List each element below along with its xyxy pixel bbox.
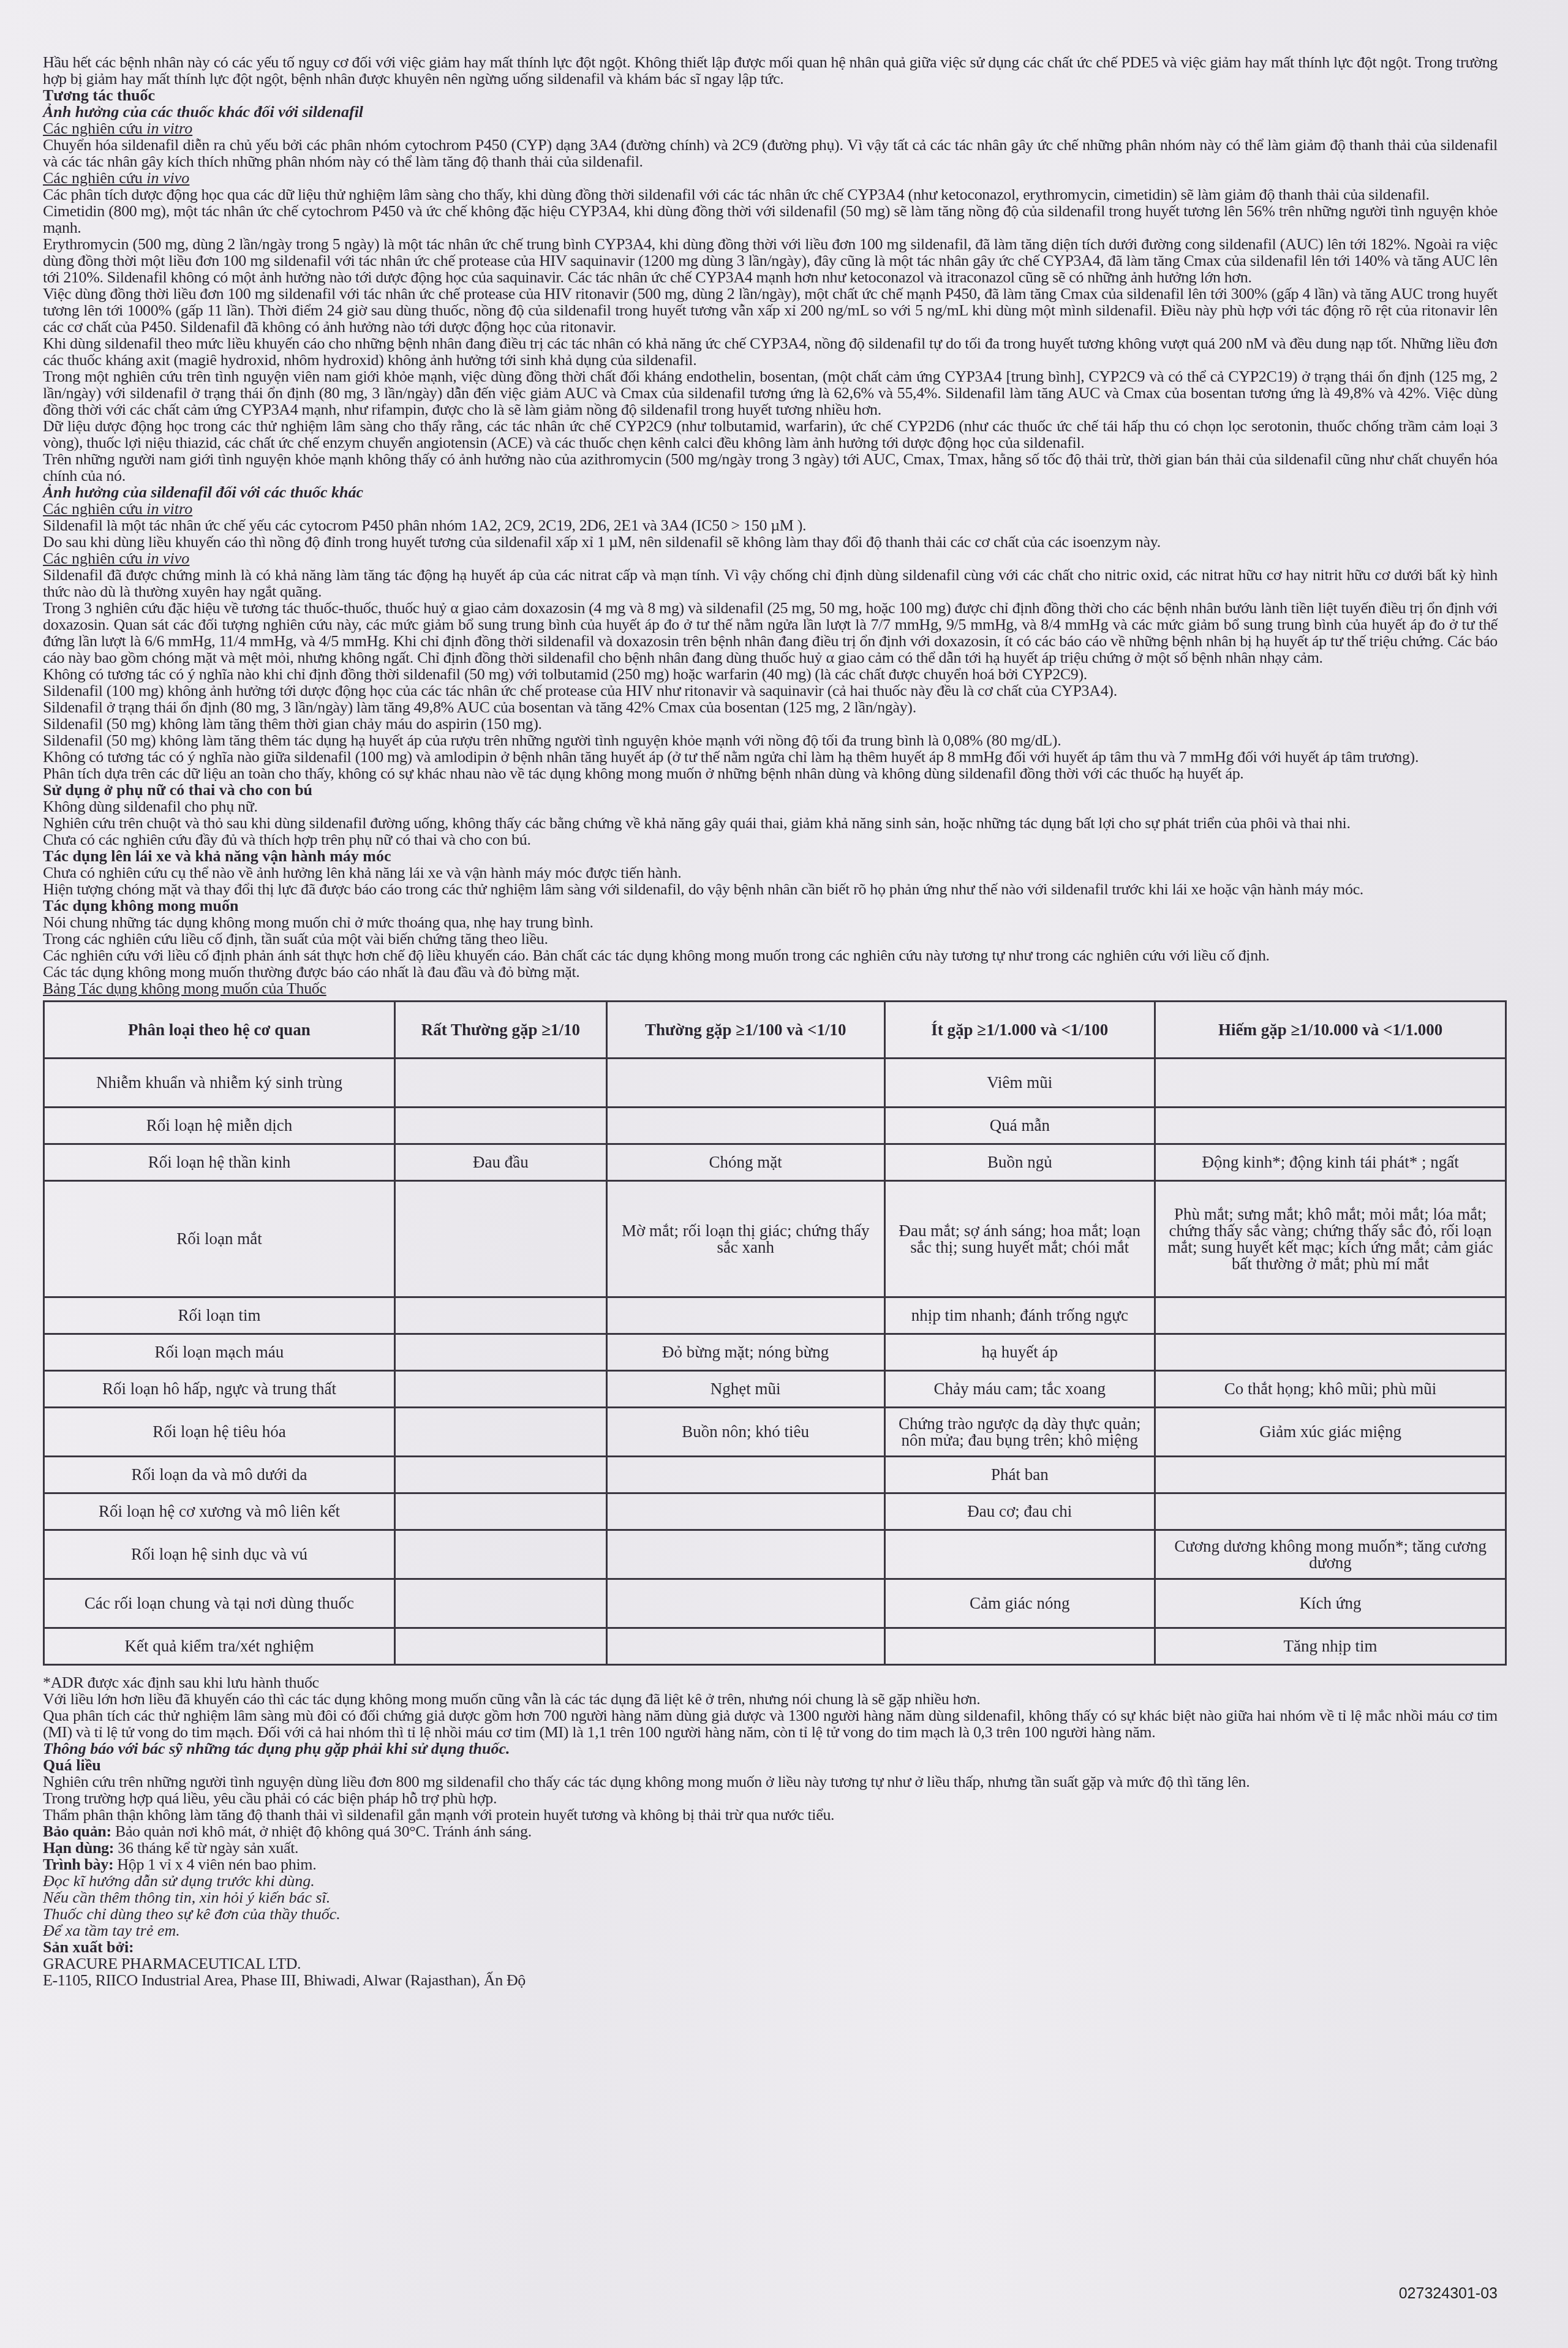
table-caption: Bảng Tác dụng không mong muốn của Thuốc bbox=[43, 980, 1498, 997]
organ-class-cell: Các rối loạn chung và tại nơi dùng thuốc bbox=[44, 1579, 395, 1628]
paragraph: Để xa tầm tay trẻ em. bbox=[43, 1922, 1498, 1939]
in-vitro-heading: Các nghiên cứu in vitro bbox=[43, 120, 1498, 137]
frequency-cell bbox=[1155, 1108, 1506, 1144]
manufacturer-address: E-1105, RIICO Industrial Area, Phase III… bbox=[43, 1972, 1498, 1988]
paragraph: Sildenafil đã được chứng minh là có khả … bbox=[43, 567, 1498, 600]
paragraph: Sildenafil (50 mg) không làm tăng thêm t… bbox=[43, 732, 1498, 749]
frequency-cell bbox=[1155, 1457, 1506, 1493]
frequency-cell bbox=[394, 1059, 606, 1108]
frequency-cell bbox=[1155, 1334, 1506, 1371]
table-row: Nhiễm khuẩn và nhiễm ký sinh trùngViêm m… bbox=[44, 1059, 1506, 1108]
table-header-row: Phân loại theo hệ cơ quanRất Thường gặp … bbox=[44, 1002, 1506, 1059]
table-row: Các rối loạn chung và tại nơi dùng thuốc… bbox=[44, 1579, 1506, 1628]
subsection-title-others-on-sildenafil: Ảnh hưởng của các thuốc khác đối với sil… bbox=[43, 104, 1498, 120]
paragraph: Đọc kĩ hướng dẫn sử dụng trước khi dùng. bbox=[43, 1873, 1498, 1889]
pregnancy-paragraphs: Không dùng sildenafil cho phụ nữ.Nghiên … bbox=[43, 798, 1498, 848]
table-header-cell: Ít gặp ≥1/1.000 và <1/100 bbox=[884, 1002, 1155, 1059]
frequency-cell: Giảm xúc giác miệng bbox=[1155, 1408, 1506, 1457]
frequency-cell: Đau đầu bbox=[394, 1144, 606, 1181]
table-body: Nhiễm khuẩn và nhiễm ký sinh trùngViêm m… bbox=[44, 1059, 1506, 1665]
table-row: Rối loạn hệ tiêu hóaBuồn nôn; khó tiêuCh… bbox=[44, 1408, 1506, 1457]
table-row: Rối loạn hệ miễn dịchQuá mẫn bbox=[44, 1108, 1506, 1144]
frequency-cell: Động kinh*; động kinh tái phát* ; ngất bbox=[1155, 1144, 1506, 1181]
paragraph: Các nghiên cứu với liều cố định phản ánh… bbox=[43, 947, 1498, 964]
warnings-list: Đọc kĩ hướng dẫn sử dụng trước khi dùng.… bbox=[43, 1873, 1498, 1939]
in-vitro-heading-2: Các nghiên cứu in vitro bbox=[43, 500, 1498, 517]
frequency-cell: Đau mắt; sợ ánh sáng; hoa mắt; loạn sắc … bbox=[884, 1181, 1155, 1297]
frequency-cell bbox=[884, 1628, 1155, 1665]
frequency-cell bbox=[606, 1628, 884, 1665]
paragraph: Sildenafil ở trạng thái ổn định (80 mg, … bbox=[43, 699, 1498, 715]
organ-class-cell: Rối loạn hệ tiêu hóa bbox=[44, 1408, 395, 1457]
frequency-cell: Đau cơ; đau chi bbox=[884, 1493, 1155, 1530]
frequency-cell: Buồn nôn; khó tiêu bbox=[606, 1408, 884, 1457]
frequency-cell: Tăng nhịp tim bbox=[1155, 1628, 1506, 1665]
frequency-cell bbox=[394, 1530, 606, 1579]
section-title-interactions: Tương tác thuốc bbox=[43, 87, 1498, 104]
organ-class-cell: Kết quả kiểm tra/xét nghiệm bbox=[44, 1628, 395, 1665]
frequency-cell bbox=[1155, 1493, 1506, 1530]
paragraph: Cimetidin (800 mg), một tác nhân ức chế … bbox=[43, 203, 1498, 236]
frequency-cell: Quá mẫn bbox=[884, 1108, 1155, 1144]
table-row: Rối loạn hô hấp, ngực và trung thấtNghẹt… bbox=[44, 1371, 1506, 1408]
in-vivo-heading-2: Các nghiên cứu in vivo bbox=[43, 550, 1498, 567]
paragraph: Không có tương tác có ý nghĩa nào khi ch… bbox=[43, 666, 1498, 682]
frequency-cell: Chảy máu cam; tắc xoang bbox=[884, 1371, 1155, 1408]
frequency-cell: Co thắt họng; khô mũi; phù mũi bbox=[1155, 1371, 1506, 1408]
adverse-effects-table: Phân loại theo hệ cơ quanRất Thường gặp … bbox=[43, 1000, 1507, 1666]
intro-paragraph: Hầu hết các bệnh nhân này có các yếu tố … bbox=[43, 54, 1498, 87]
storage-line: Bảo quản: Bảo quản nơi khô mát, ở nhiệt … bbox=[43, 1823, 1498, 1840]
frequency-cell bbox=[394, 1371, 606, 1408]
table-header-cell: Thường gặp ≥1/100 và <1/10 bbox=[606, 1002, 884, 1059]
paragraph: Thuốc chỉ dùng theo sự kê đơn của thầy t… bbox=[43, 1906, 1498, 1922]
frequency-cell: Mờ mắt; rối loạn thị giác; chứng thấy sắ… bbox=[606, 1181, 884, 1297]
paragraph: Trong các nghiên cứu liều cố định, tần s… bbox=[43, 931, 1498, 947]
paragraph: Chưa có các nghiên cứu đầy đủ và thích h… bbox=[43, 831, 1498, 848]
frequency-cell bbox=[606, 1108, 884, 1144]
shelf-life-line: Hạn dùng: 36 tháng kể từ ngày sản xuất. bbox=[43, 1840, 1498, 1856]
paragraph: Phân tích dựa trên các dữ liệu an toàn c… bbox=[43, 765, 1498, 782]
frequency-cell: nhịp tim nhanh; đánh trống ngực bbox=[884, 1297, 1155, 1334]
frequency-cell: Cương dương không mong muốn*; tăng cương… bbox=[1155, 1530, 1506, 1579]
paragraph: Nghiên cứu trên chuột và thỏ sau khi dùn… bbox=[43, 815, 1498, 831]
frequency-cell: Phù mắt; sưng mắt; khô mắt; mỏi mắt; lóa… bbox=[1155, 1181, 1506, 1297]
paragraph: Hiện tượng chóng mặt và thay đổi thị lực… bbox=[43, 881, 1498, 897]
paragraph: Erythromycin (500 mg, dùng 2 lần/ngày tr… bbox=[43, 236, 1498, 285]
table-row: Rối loạn hệ sinh dục và vúCương dương kh… bbox=[44, 1530, 1506, 1579]
leaflet-page: Hầu hết các bệnh nhân này có các yếu tố … bbox=[43, 54, 1498, 1988]
organ-class-cell: Rối loạn mạch máu bbox=[44, 1334, 395, 1371]
paragraph: Sildenafil (100 mg) không ảnh hưởng tới … bbox=[43, 682, 1498, 699]
paragraph: Nếu cần thêm thông tin, xin hỏi ý kiến b… bbox=[43, 1889, 1498, 1906]
paragraph: Thẩm phân thận không làm tăng độ thanh t… bbox=[43, 1806, 1498, 1823]
adverse-paragraphs: Nói chung những tác dụng không mong muốn… bbox=[43, 914, 1498, 980]
paragraph: Khi dùng sildenafil theo mức liều khuyến… bbox=[43, 335, 1498, 368]
organ-class-cell: Rối loạn mắt bbox=[44, 1181, 395, 1297]
organ-class-cell: Nhiễm khuẩn và nhiễm ký sinh trùng bbox=[44, 1059, 395, 1108]
frequency-cell: Buồn ngủ bbox=[884, 1144, 1155, 1181]
overdose-paragraphs: Nghiên cứu trên những người tình nguyện … bbox=[43, 1773, 1498, 1823]
in-vivo-paragraphs-2: Sildenafil đã được chứng minh là có khả … bbox=[43, 567, 1498, 782]
frequency-cell: Kích ứng bbox=[1155, 1579, 1506, 1628]
frequency-cell bbox=[606, 1457, 884, 1493]
subsection-title-sildenafil-on-others: Ảnh hưởng của sildenafil đối với các thu… bbox=[43, 484, 1498, 500]
in-vivo-heading: Các nghiên cứu in vivo bbox=[43, 170, 1498, 186]
frequency-cell bbox=[884, 1530, 1155, 1579]
frequency-cell bbox=[606, 1493, 884, 1530]
paragraph: Trong 3 nghiên cứu đặc hiệu về tương tác… bbox=[43, 600, 1498, 666]
frequency-cell bbox=[394, 1493, 606, 1530]
table-header-cell: Hiếm gặp ≥1/10.000 và <1/1.000 bbox=[1155, 1002, 1506, 1059]
organ-class-cell: Rối loạn hệ cơ xương và mô liên kết bbox=[44, 1493, 395, 1530]
paragraph: Trong một nghiên cứu trên tình nguyện vi… bbox=[43, 368, 1498, 418]
paragraph: Trên những người nam giới tình nguyện kh… bbox=[43, 451, 1498, 484]
frequency-cell bbox=[394, 1108, 606, 1144]
paragraph: Nói chung những tác dụng không mong muốn… bbox=[43, 914, 1498, 931]
table-row: Rối loạn da và mô dưới daPhát ban bbox=[44, 1457, 1506, 1493]
paragraph: Không có tương tác có ý nghĩa nào giữa s… bbox=[43, 749, 1498, 765]
section-title-overdose: Quá liều bbox=[43, 1757, 1498, 1773]
table-row: Kết quả kiểm tra/xét nghiệmTăng nhịp tim bbox=[44, 1628, 1506, 1665]
frequency-cell: Cảm giác nóng bbox=[884, 1579, 1155, 1628]
frequency-cell: Chóng mặt bbox=[606, 1144, 884, 1181]
in-vivo-paragraphs: Các phân tích dược động học qua các dữ l… bbox=[43, 186, 1498, 484]
table-row: Rối loạn mạch máuĐỏ bừng mặt; nóng bừngh… bbox=[44, 1334, 1506, 1371]
notify-doctor-note: Thông báo với bác sỹ những tác dụng phụ … bbox=[43, 1740, 1498, 1757]
frequency-cell bbox=[606, 1579, 884, 1628]
frequency-cell bbox=[394, 1457, 606, 1493]
frequency-cell: Chứng trào ngược dạ dày thực quản; nôn m… bbox=[884, 1408, 1155, 1457]
organ-class-cell: Rối loạn hệ sinh dục và vú bbox=[44, 1530, 395, 1579]
frequency-cell bbox=[606, 1297, 884, 1334]
in-vitro-paragraph: Chuyển hóa sildenafil diễn ra chủ yếu bở… bbox=[43, 137, 1498, 170]
frequency-cell bbox=[1155, 1059, 1506, 1108]
table-footnote: *ADR được xác định sau khi lưu hành thuố… bbox=[43, 1674, 1498, 1691]
paragraph: Các tác dụng không mong muốn thường được… bbox=[43, 964, 1498, 980]
frequency-cell: Viêm mũi bbox=[884, 1059, 1155, 1108]
table-row: Rối loạn timnhịp tim nhanh; đánh trống n… bbox=[44, 1297, 1506, 1334]
paragraph: Sildenafil (50 mg) không làm tăng thêm t… bbox=[43, 715, 1498, 732]
frequency-cell bbox=[394, 1334, 606, 1371]
manufacturer-name: GRACURE PHARMACEUTICAL LTD. bbox=[43, 1955, 1498, 1972]
frequency-cell bbox=[394, 1628, 606, 1665]
organ-class-cell: Rối loạn hệ miễn dịch bbox=[44, 1108, 395, 1144]
frequency-cell bbox=[606, 1530, 884, 1579]
organ-class-cell: Rối loạn hệ thần kinh bbox=[44, 1144, 395, 1181]
section-title-driving: Tác dụng lên lái xe và khả năng vận hành… bbox=[43, 848, 1498, 864]
frequency-cell bbox=[1155, 1297, 1506, 1334]
paragraph: Với liều lớn hơn liều đã khuyến cáo thì … bbox=[43, 1691, 1498, 1707]
presentation-line: Trình bày: Hộp 1 vỉ x 4 viên nén bao phi… bbox=[43, 1856, 1498, 1873]
paragraph: Chưa có nghiên cứu cụ thể nào về ảnh hưở… bbox=[43, 864, 1498, 881]
paragraph: Do sau khi dùng liều khuyến cáo thì nồng… bbox=[43, 534, 1498, 550]
frequency-cell bbox=[394, 1181, 606, 1297]
frequency-cell: Nghẹt mũi bbox=[606, 1371, 884, 1408]
section-title-adverse: Tác dụng không mong muốn bbox=[43, 897, 1498, 914]
frequency-cell: Đỏ bừng mặt; nóng bừng bbox=[606, 1334, 884, 1371]
frequency-cell bbox=[394, 1579, 606, 1628]
frequency-cell bbox=[606, 1059, 884, 1108]
organ-class-cell: Rối loạn hô hấp, ngực và trung thất bbox=[44, 1371, 395, 1408]
frequency-cell: Phát ban bbox=[884, 1457, 1155, 1493]
frequency-cell: hạ huyết áp bbox=[884, 1334, 1155, 1371]
organ-class-cell: Rối loạn da và mô dưới da bbox=[44, 1457, 395, 1493]
paragraph: Nghiên cứu trên những người tình nguyện … bbox=[43, 1773, 1498, 1790]
paragraph: Dữ liệu dược động học trong các thử nghi… bbox=[43, 418, 1498, 451]
manufacturer-label: Sản xuất bởi: bbox=[43, 1939, 1498, 1955]
paragraph: Qua phân tích các thử nghiệm lâm sàng mù… bbox=[43, 1707, 1498, 1740]
table-row: Rối loạn hệ thần kinhĐau đầuChóng mặtBuồ… bbox=[44, 1144, 1506, 1181]
table-header-cell: Rất Thường gặp ≥1/10 bbox=[394, 1002, 606, 1059]
driving-paragraphs: Chưa có nghiên cứu cụ thể nào về ảnh hưở… bbox=[43, 864, 1498, 897]
frequency-cell bbox=[394, 1297, 606, 1334]
paragraph: Không dùng sildenafil cho phụ nữ. bbox=[43, 798, 1498, 815]
section-title-pregnancy: Sử dụng ở phụ nữ có thai và cho con bú bbox=[43, 782, 1498, 798]
table-row: Rối loạn mắtMờ mắt; rối loạn thị giác; c… bbox=[44, 1181, 1506, 1297]
paragraph: Trong trường hợp quá liều, yêu cầu phải … bbox=[43, 1790, 1498, 1806]
adverse-after-paragraphs: Với liều lớn hơn liều đã khuyến cáo thì … bbox=[43, 1691, 1498, 1740]
organ-class-cell: Rối loạn tim bbox=[44, 1297, 395, 1334]
in-vitro-paragraphs-2: Sildenafil là một tác nhân ức chế yếu cá… bbox=[43, 517, 1498, 550]
paragraph: Việc dùng đồng thời liều đơn 100 mg sild… bbox=[43, 285, 1498, 335]
document-code: 027324301-03 bbox=[1399, 2285, 1498, 2303]
table-row: Rối loạn hệ cơ xương và mô liên kếtĐau c… bbox=[44, 1493, 1506, 1530]
frequency-cell bbox=[394, 1408, 606, 1457]
table-header-cell: Phân loại theo hệ cơ quan bbox=[44, 1002, 395, 1059]
paragraph: Sildenafil là một tác nhân ức chế yếu cá… bbox=[43, 517, 1498, 534]
paragraph: Các phân tích dược động học qua các dữ l… bbox=[43, 186, 1498, 203]
